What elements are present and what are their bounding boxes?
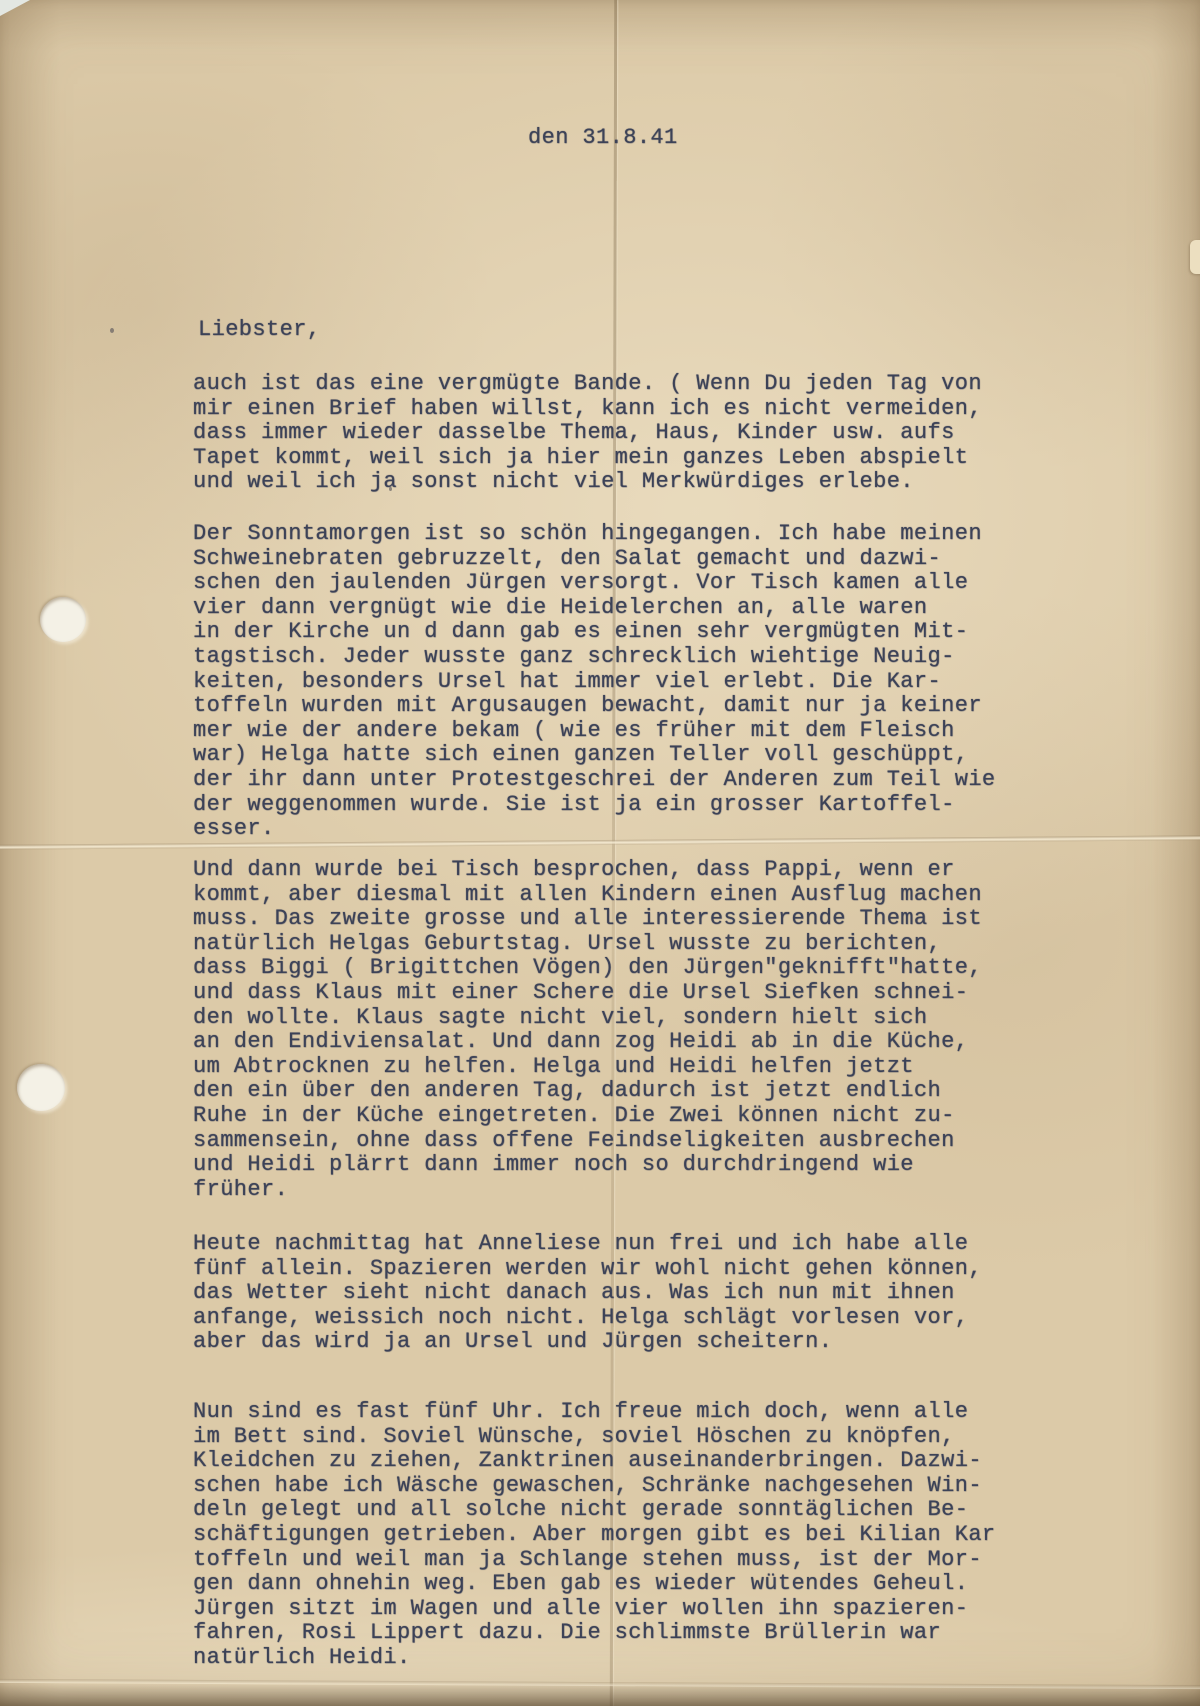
letter-page: den 31.8.41 Liebster, auch ist das eine … (0, 0, 1200, 1706)
letter-salutation: Liebster, (198, 318, 320, 343)
letter-paragraph-1: auch ist das eine vergmügte Bande. ( Wen… (193, 372, 982, 495)
letter-paragraph-4: Heute nachmittag hat Anneliese nun frei … (193, 1232, 982, 1355)
scan-corner-sliver (0, 0, 30, 16)
punch-hole (17, 1064, 65, 1111)
ink-speck (110, 328, 114, 333)
punch-hole (40, 597, 86, 642)
letter-paragraph-5: Nun sind es fast fünf Uhr. Ich freue mic… (193, 1400, 996, 1671)
bottom-edge-shadow (0, 1684, 1200, 1706)
letter-paragraph-2: Der Sonntamorgen ist so schön hingegange… (193, 522, 996, 842)
letter-date: den 31.8.41 (528, 126, 678, 151)
paper-edge-notch (1190, 240, 1200, 274)
letter-paragraph-3: Und dann wurde bei Tisch besprochen, das… (193, 858, 982, 1202)
